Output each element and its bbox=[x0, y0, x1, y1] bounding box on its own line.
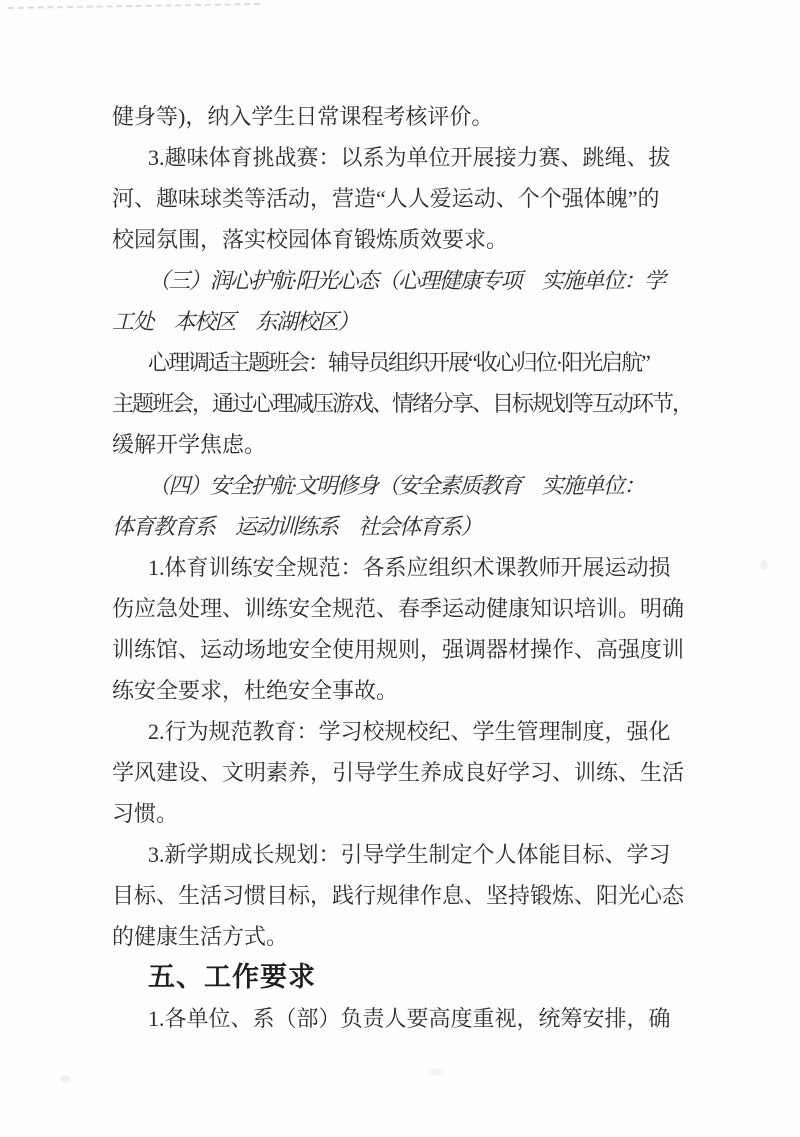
text-line: 的健康生活方式。 bbox=[112, 916, 698, 957]
scan-speckle bbox=[430, 1068, 442, 1076]
text-line: 3.趣味体育挑战赛：以系为单位开展接力赛、跳绳、拔 bbox=[112, 137, 698, 178]
section-heading: （四）安全护航·文明修身（安全素质教育 实施单位： bbox=[112, 465, 698, 506]
text-line: 2.行为规范教育：学习校规校纪、学生管理制度，强化 bbox=[112, 711, 698, 752]
document-body: 健身等)，纳入学生日常课程考核评价。 3.趣味体育挑战赛：以系为单位开展接力赛、… bbox=[112, 96, 698, 1039]
chapter-heading: 五、工作要求 bbox=[112, 957, 698, 998]
text-line: 1.体育训练安全规范：各系应组织术课教师开展运动损 bbox=[112, 547, 698, 588]
text-line: 练安全要求，杜绝安全事故。 bbox=[112, 670, 698, 711]
scan-speckle bbox=[760, 560, 768, 570]
text-line: 缓解开学焦虑。 bbox=[112, 424, 698, 465]
section-heading: 体育教育系 运动训练系 社会体育系） bbox=[112, 506, 698, 547]
scanned-document-page: 健身等)，纳入学生日常课程考核评价。 3.趣味体育挑战赛：以系为单位开展接力赛、… bbox=[0, 0, 800, 1137]
text-line: 学风建设、文明素养，引导学生养成良好学习、训练、生活 bbox=[112, 752, 698, 793]
text-line: 1.各单位、系（部）负责人要高度重视，统筹安排，确 bbox=[112, 998, 698, 1039]
text-line: 训练馆、运动场地安全使用规则，强调器材操作、高强度训 bbox=[112, 629, 698, 670]
text-line: 伤应急处理、训练安全规范、春季运动健康知识培训。明确 bbox=[112, 588, 698, 629]
scan-speckle bbox=[60, 1075, 70, 1083]
text-line: 习惯。 bbox=[112, 793, 698, 834]
section-heading: （三）润心护航·阳光心态（心理健康专项 实施单位：学 bbox=[112, 260, 698, 301]
text-line: 健身等)，纳入学生日常课程考核评价。 bbox=[112, 96, 698, 137]
text-line: 校园氛围，落实校园体育锻炼质效要求。 bbox=[112, 219, 698, 260]
text-line: 主题班会，通过心理减压游戏、情绪分享、目标规划等互动环节， bbox=[112, 383, 698, 424]
text-line: 心理调适主题班会：辅导员组织开展“收心归位·阳光启航” bbox=[112, 342, 698, 383]
text-line: 河、趣味球类等活动，营造“人人爱运动、个个强体魄”的 bbox=[112, 178, 698, 219]
section-heading: 工处 本校区 东湖校区） bbox=[112, 301, 698, 342]
scan-artifact-dashed-line bbox=[8, 3, 260, 9]
text-line: 目标、生活习惯目标，践行规律作息、坚持锻炼、阳光心态 bbox=[112, 875, 698, 916]
text-line: 3.新学期成长规划：引导学生制定个人体能目标、学习 bbox=[112, 834, 698, 875]
